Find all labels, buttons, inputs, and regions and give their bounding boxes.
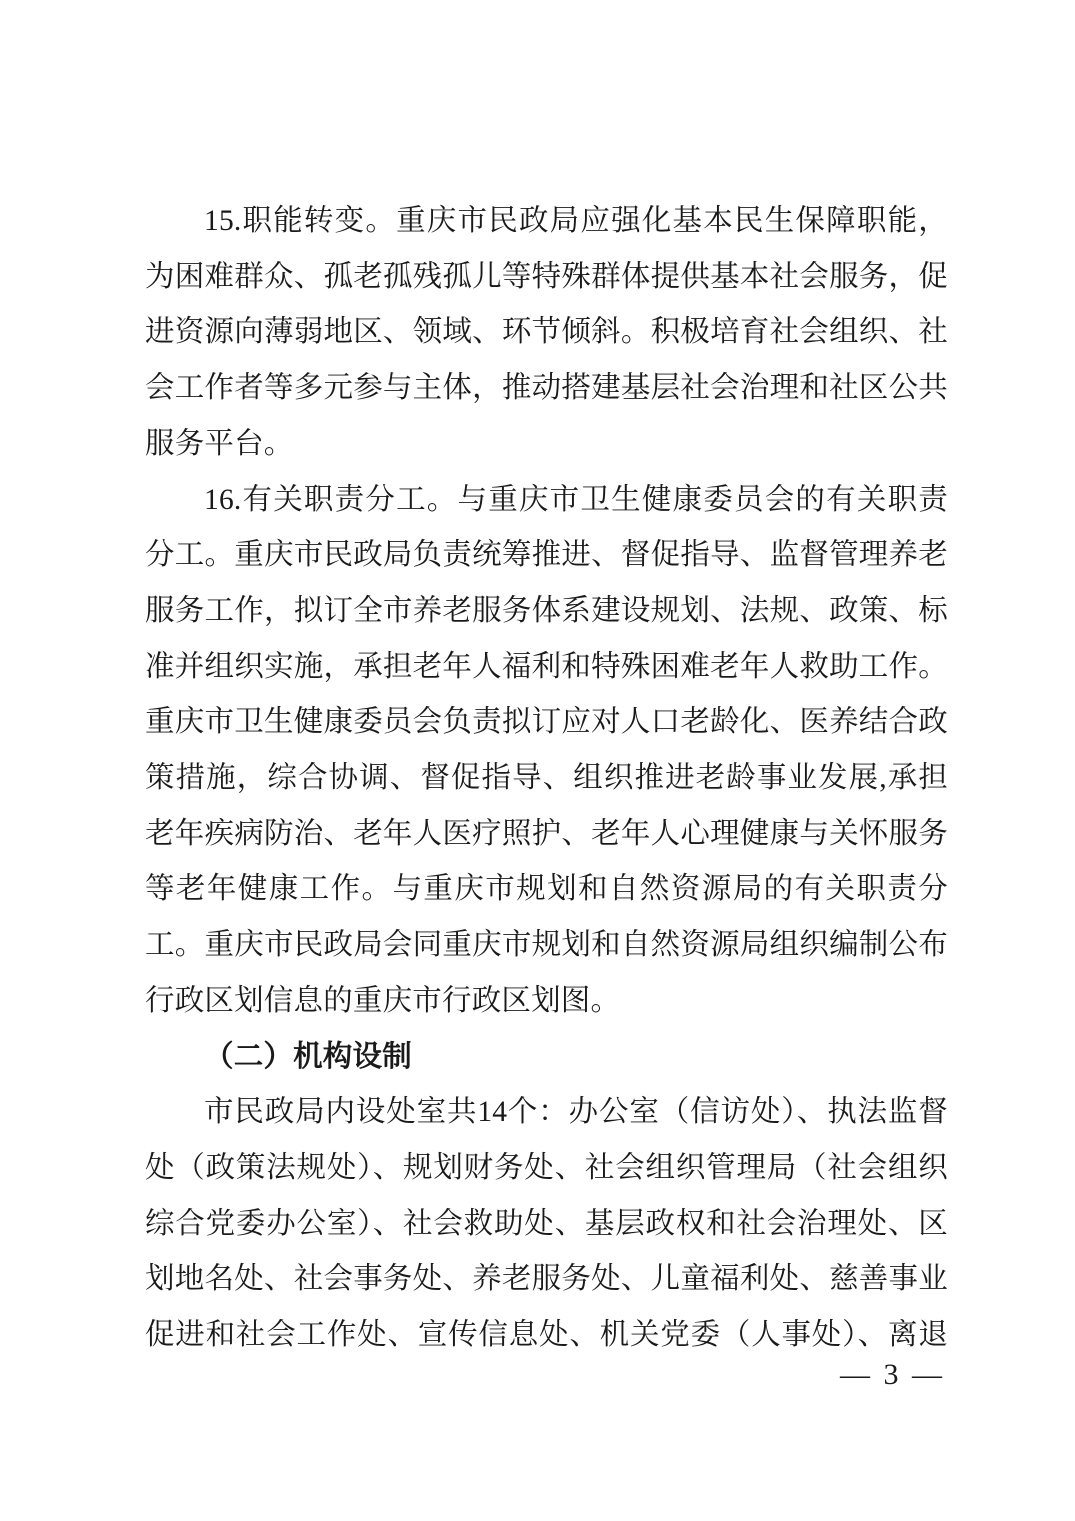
paragraph-internal-offices: 市民政局内设处室共14个：办公室（信访处）、执法监督处（政策法规处）、规划财务处… (145, 1085, 948, 1364)
section-heading-2: （二）机构设制 (145, 1030, 948, 1086)
paragraph-15: 15.职能转变。重庆市民政局应强化基本民生保障职能，为困难群众、孤老孤残孤儿等特… (145, 194, 948, 473)
document-page: 15.职能转变。重庆市民政局应强化基本民生保障职能，为困难群众、孤老孤残孤儿等特… (0, 0, 1075, 1521)
paragraph-16: 16.有关职责分工。与重庆市卫生健康委员会的有关职责分工。重庆市民政局负责统筹推… (145, 473, 948, 1030)
page-number: — 3 — (840, 1355, 945, 1395)
document-body: 15.职能转变。重庆市民政局应强化基本民生保障职能，为困难群众、孤老孤残孤儿等特… (145, 194, 948, 1364)
